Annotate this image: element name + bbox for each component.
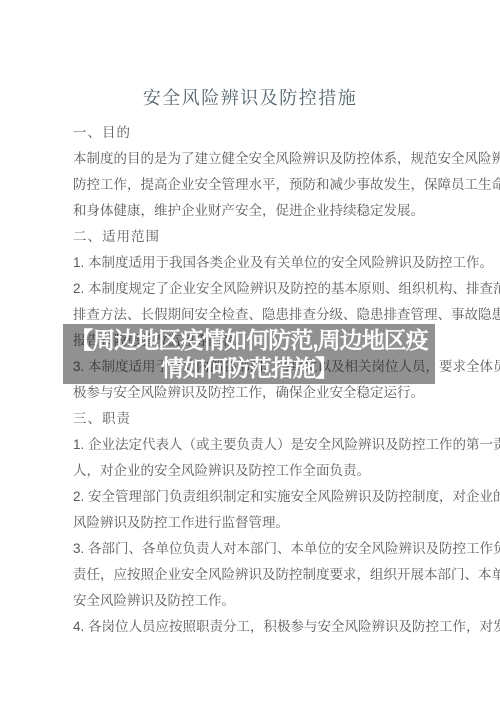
body-text-line: 1. 本制度适用于我国各类企业及有关单位的安全风险辨识及防控工作。	[73, 250, 435, 276]
body-text-line: 防控工作，提高企业安全管理水平，预防和减少事故发生，保障员工生命安全	[73, 172, 435, 198]
section-heading: 二、适用范围	[73, 224, 435, 250]
body-text-line: 本制度的目的是为了建立健全安全风险辨识及防控体系，规范安全风险辨识及	[73, 146, 435, 172]
section-heading: 一、目的	[73, 120, 435, 146]
body-text-line: 1. 企业法定代表人（或主要负责人）是安全风险辨识及防控工作的第一责任	[73, 432, 435, 458]
body-text-line: 安全风险辨识及防控工作。	[73, 588, 435, 614]
overlay-text-line-1: 【周边地区疫情如何防范,周边地区疫	[70, 326, 427, 354]
body-text-line: 风险辨识及防控工作进行监督管理。	[73, 510, 435, 536]
body-text-line: 2. 本制度规定了企业安全风险辨识及防控的基本原则、组织机构、排查范围、	[73, 276, 435, 302]
section-heading: 三、职责	[73, 406, 435, 432]
body-text-line: 人，对企业的安全风险辨识及防控工作全面负责。	[73, 458, 435, 484]
body-text-line: 3. 各部门、各单位负责人对本部门、本单位的安全风险辨识及防控工作负直接	[73, 536, 435, 562]
overlay-banner: 【周边地区疫情如何防范,周边地区疫 情如何防范措施】	[63, 324, 435, 384]
body-text-line: 4. 各岗位人员应按照职责分工，积极参与安全风险辨识及防控工作，对发现的	[73, 614, 435, 640]
body-text-line: 2. 安全管理部门负责组织制定和实施安全风险辨识及防控制度，对企业的安全	[73, 484, 435, 510]
document-title: 安全风险辨识及防控措施	[0, 84, 500, 110]
body-text-line: 和身体健康，维护企业财产安全，促进企业持续稳定发展。	[73, 198, 435, 224]
document-page: 安全风险辨识及防控措施 一、目的本制度的目的是为了建立健全安全风险辨识及防控体系…	[0, 0, 500, 706]
overlay-text-line-2: 情如何防范措施】	[161, 354, 337, 382]
body-text-line: 责任，应按照企业安全风险辨识及防控制度要求，组织开展本部门、本单位的	[73, 562, 435, 588]
